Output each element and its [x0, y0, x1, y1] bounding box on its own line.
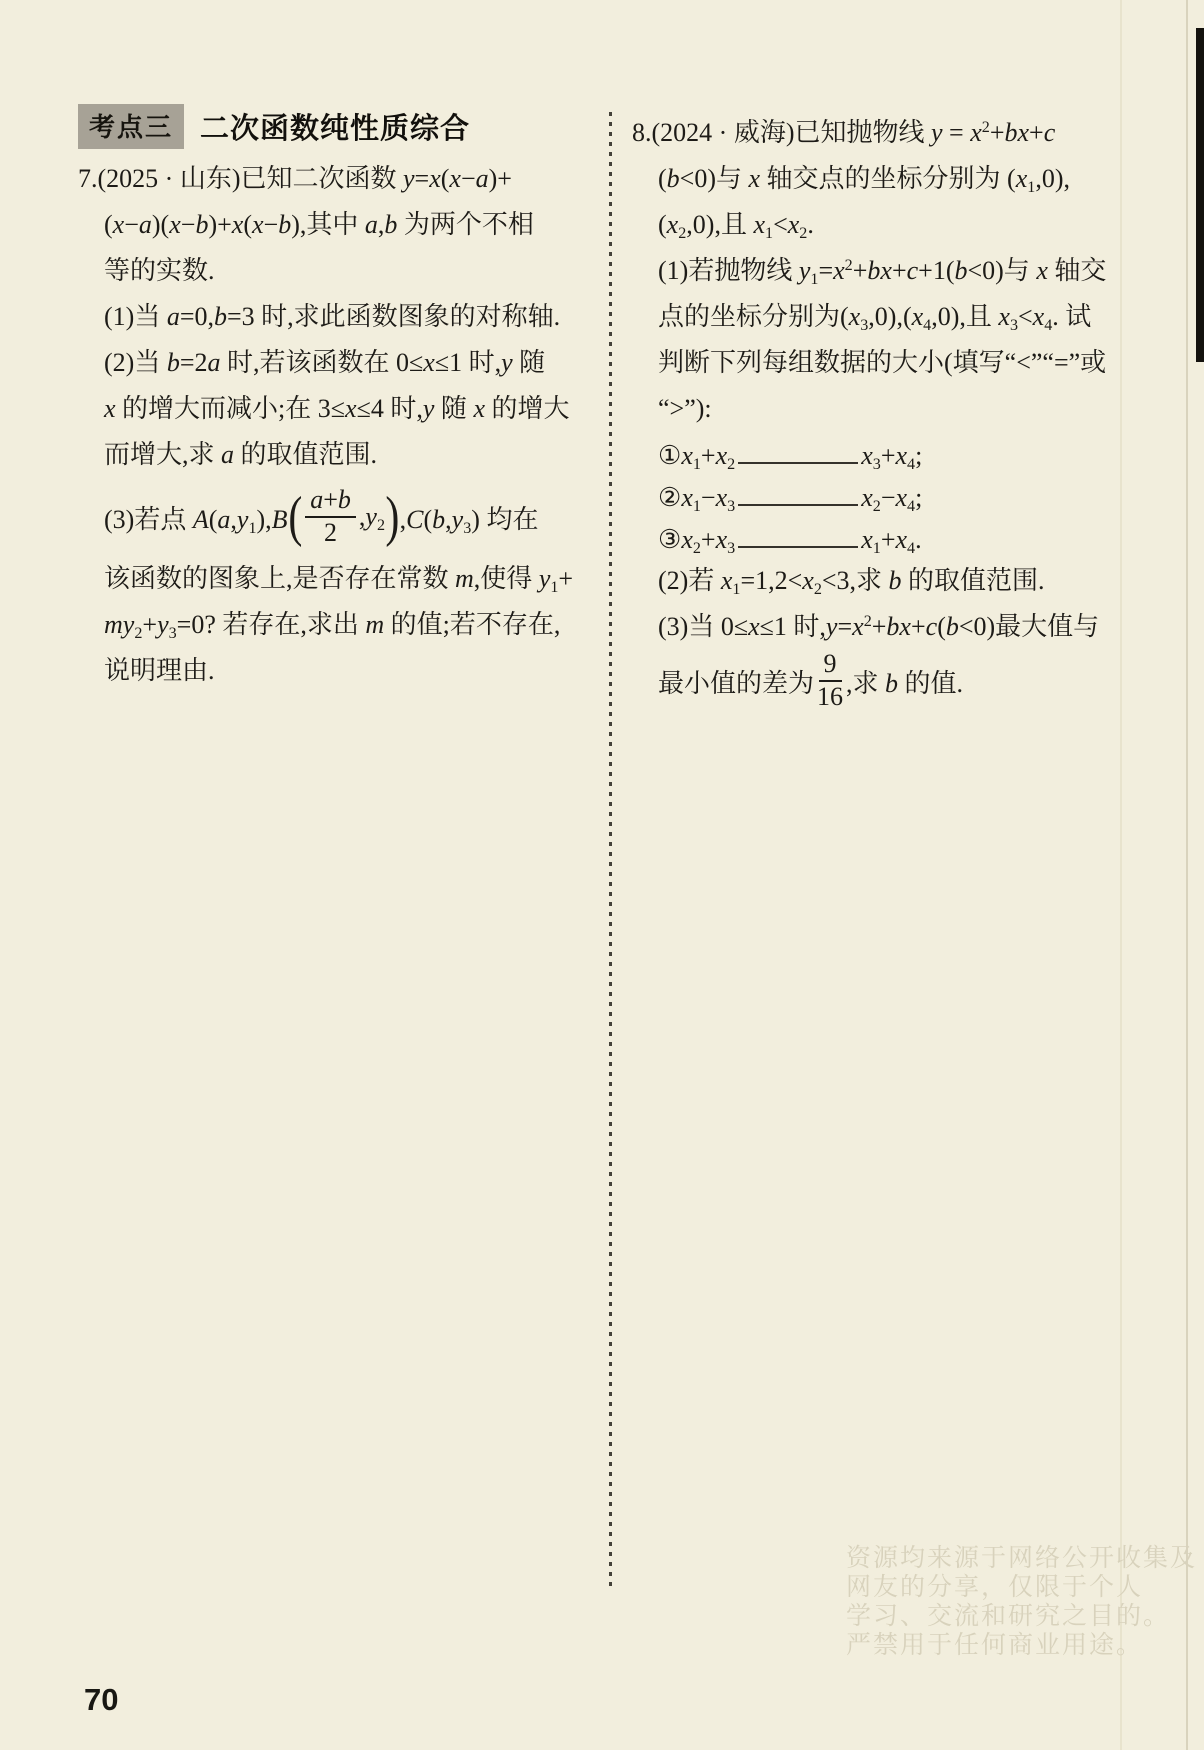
compare-2-right: x2−x4;: [861, 483, 922, 512]
part3-pre: (3)若点 A(a,y1),B: [104, 499, 288, 536]
page-fold-line: [1120, 0, 1122, 1750]
fraction-denominator: 16: [817, 682, 843, 712]
part3-frac-post: ,求 b 的值.: [846, 663, 963, 700]
fraction-a-plus-b-over-2: a+b 2: [305, 486, 356, 547]
watermark-line-1: 资源均来源于网络公开收集及: [846, 1544, 1197, 1573]
big-close-paren: ): [385, 489, 399, 545]
fraction-numerator: a+b: [305, 486, 356, 518]
fraction-denominator: 2: [324, 518, 337, 548]
part3-mid: ,y2: [359, 502, 385, 532]
answer-blank-1: [738, 432, 858, 464]
problem-8-part-1-line-1: (1)若抛物线 y1=x2+bx+c+1(b<0)与 x 轴交: [632, 248, 1188, 294]
page-number: 70: [84, 1682, 118, 1718]
compare-3-left: ③x2+x3: [658, 525, 735, 554]
compare-item-2: ②x1−x3x2−x4;: [632, 474, 1188, 516]
problem-7-part-1: (1)当 a=0,b=3 时,求此函数图象的对称轴.: [78, 294, 590, 340]
problem-8-part-3-line-2: 最小值的差为 9 16 ,求 b 的值.: [632, 650, 1188, 712]
watermark-line-3: 学习、交流和研究之目的。: [846, 1602, 1197, 1631]
problem-8-part-1-line-3: 判断下列每组数据的大小(填写“<”“=”或: [632, 340, 1188, 386]
right-column-problem-8: 8.(2024 · 威海)已知抛物线 y = x2+bx+c (b<0)与 x …: [632, 110, 1188, 712]
problem-8-part-1-line-2: 点的坐标分别为(x3,0),(x4,0),且 x3<x4. 试: [632, 294, 1188, 340]
left-column-problem-7: 7.(2025 · 山东)已知二次函数 y=x(x−a)+ (x−a)(x−b)…: [78, 156, 590, 694]
part3-post: ,C(b,y3) 均在: [400, 499, 539, 536]
problem-7-part-2-line-1: (2)当 b=2a 时,若该函数在 0≤x≤1 时,y 随: [78, 340, 590, 386]
section-title: 二次函数纯性质综合: [200, 106, 470, 147]
problem-7-part-3-line-1: (3)若点 A(a,y1),B ( a+b 2 ,y2 ) ,C(b,y3) 均…: [78, 478, 590, 556]
answer-blank-3: [738, 516, 858, 548]
compare-1-left: ①x1+x2: [658, 441, 735, 470]
problem-7-part-2-line-2: x 的增大而减小;在 3≤x≤4 时,y 随 x 的增大: [78, 386, 590, 432]
problem-8-line-2: (b<0)与 x 轴交点的坐标分别为 (x1,0),: [632, 156, 1188, 202]
compare-item-1: ①x1+x2x3+x4;: [632, 432, 1188, 474]
problem-7-part-3-line-2: 该函数的图象上,是否存在常数 m,使得 y1+: [78, 556, 590, 602]
problem-7-part-3-line-4: 说明理由.: [78, 648, 590, 694]
compare-item-3: ③x2+x3x1+x4.: [632, 516, 1188, 558]
problem-8-part-1-line-4: “>”):: [632, 386, 1188, 432]
problem-8-part-3-line-1: (3)当 0≤x≤1 时,y=x2+bx+c(b<0)最大值与: [632, 604, 1188, 650]
part3-frac-pre: 最小值的差为: [658, 663, 814, 700]
problem-8-line-3: (x2,0),且 x1<x2.: [632, 202, 1188, 248]
column-divider: [609, 112, 612, 1590]
problem-8-part-2: (2)若 x1=1,2<x2<3,求 b 的取值范围.: [632, 558, 1188, 604]
problem-7-part-2-line-3: 而增大,求 a 的取值范围.: [78, 432, 590, 478]
problem-7-line-1: 7.(2025 · 山东)已知二次函数 y=x(x−a)+: [78, 156, 590, 202]
big-open-paren: (: [288, 489, 302, 545]
section-badge: 考点三: [78, 104, 184, 149]
problem-7-line-2: (x−a)(x−b)+x(x−b),其中 a,b 为两个不相: [78, 202, 590, 248]
section-header: 考点三 二次函数纯性质综合: [78, 104, 470, 149]
watermark-text: 资源均来源于网络公开收集及 网友的分享，仅限于个人 学习、交流和研究之目的。 严…: [846, 1544, 1197, 1660]
answer-blank-2: [738, 474, 858, 506]
textbook-page: 考点三 二次函数纯性质综合 7.(2025 · 山东)已知二次函数 y=x(x−…: [0, 0, 1204, 1750]
problem-8-line-1: 8.(2024 · 威海)已知抛物线 y = x2+bx+c: [632, 110, 1188, 156]
fraction-numerator: 9: [819, 650, 842, 682]
watermark-line-4: 严禁用于任何商业用途。: [846, 1631, 1197, 1660]
fraction-9-over-16: 9 16: [817, 650, 843, 711]
watermark-line-2: 网友的分享，仅限于个人: [846, 1573, 1197, 1602]
problem-7-line-3: 等的实数.: [78, 248, 590, 294]
compare-3-right: x1+x4.: [861, 525, 921, 554]
compare-1-right: x3+x4;: [861, 441, 922, 470]
page-edge-line: [1186, 0, 1188, 1750]
problem-7-part-3-line-3: my2+y3=0? 若存在,求出 m 的值;若不存在,: [78, 602, 590, 648]
chapter-edge-tab: [1196, 28, 1204, 362]
compare-2-left: ②x1−x3: [658, 483, 735, 512]
